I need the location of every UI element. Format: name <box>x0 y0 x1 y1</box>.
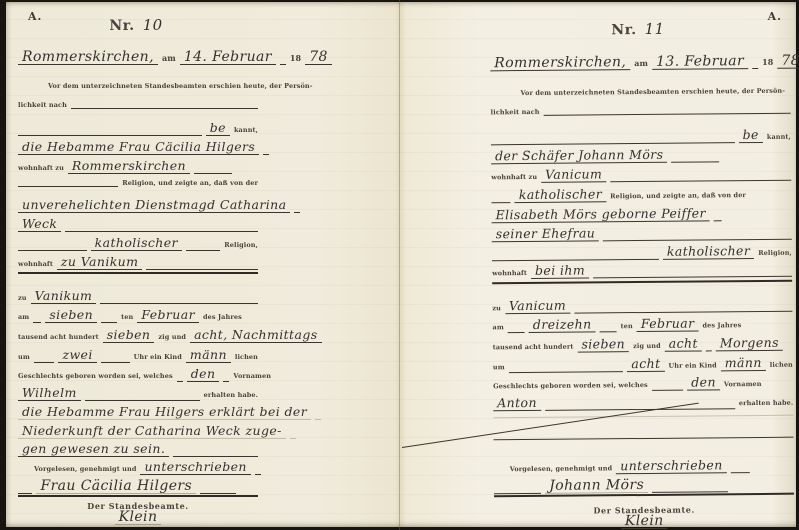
handwritten-entry: gen gewesen zu sein. <box>18 443 169 457</box>
printed-form-text: zu <box>492 304 501 312</box>
printed-form-text: zu <box>18 294 27 302</box>
form-line: Religion, und zeigte an, daß von der <box>18 179 258 187</box>
handwritten-entry: Johann Mörs <box>545 478 648 494</box>
form-line: Johann Mörs <box>494 477 794 495</box>
register-page-left: A. Nr.10Rommerskirchen,am14. Februar1878… <box>6 0 400 530</box>
printed-form-text: kannt, <box>767 133 791 141</box>
blank-underline <box>18 122 202 136</box>
handwritten-entry: Weck <box>18 218 61 232</box>
handwritten-entry: 78 <box>777 54 799 69</box>
blank-underline <box>18 179 118 187</box>
form-line: umzweiUhr ein Kindmännlichen <box>18 349 258 363</box>
form-line: Vorgelesen, genehmigt undunterschrieben <box>18 461 258 475</box>
handwritten-entry: katholischer <box>91 237 182 251</box>
form-line: Klein <box>18 510 258 525</box>
printed-form-text: Uhr ein Kind <box>134 353 182 361</box>
printed-form-text: Vorgelesen, genehmigt und <box>34 465 136 473</box>
blank-underline <box>294 199 300 213</box>
printed-form-text: Nr. <box>611 22 636 38</box>
printed-form-text: kannt, <box>234 126 258 134</box>
printed-form-text: Geschlechts geboren worden sei, welches <box>493 381 648 390</box>
printed-form-text: 18 <box>762 57 773 67</box>
form-line: Wilhelmerhalten habe. <box>18 387 258 401</box>
handwritten-entry: den <box>687 376 720 390</box>
blank-underline <box>493 415 793 419</box>
printed-form-text: erhalten habe. <box>204 391 258 399</box>
printed-form-text: des Jahres <box>702 321 741 329</box>
blank-underline <box>603 226 792 241</box>
blank-underline <box>706 337 712 351</box>
printed-form-text: zig und <box>158 333 186 341</box>
blank-underline <box>494 479 541 494</box>
form-line: wohnhaftzu Vanikum <box>18 256 258 270</box>
handwritten-entry: Niederkunft der Catharina Weck zuge- <box>18 425 286 439</box>
handwritten-entry: unverehelichten Dienstmagd Catharina <box>18 199 290 213</box>
form-line: wohnhaft zuVanicum <box>491 167 791 183</box>
blank-underline <box>100 290 258 304</box>
handwritten-entry: 78 <box>305 50 332 65</box>
printed-form-text: lichen <box>235 353 258 361</box>
printed-form-text: tausend acht hundert <box>18 333 99 341</box>
blank-underline <box>255 461 261 475</box>
printed-form-text: Geschlechts geboren worden sei, welches <box>18 372 173 380</box>
handwritten-entry: acht <box>665 337 702 351</box>
handwritten-entry: unterschrieben <box>140 461 250 475</box>
printed-form-text: Nr. <box>109 18 134 34</box>
ruled-separator <box>18 495 258 497</box>
blank-underline <box>85 387 200 401</box>
handwritten-entry: dreizehn <box>529 318 596 332</box>
handwritten-entry: der Schäfer Johann Mörs <box>491 149 668 164</box>
blank-underline <box>544 106 791 116</box>
blank-underline <box>593 263 792 278</box>
handwritten-entry: sieben <box>45 309 97 323</box>
ruled-separator <box>492 280 792 285</box>
blank-underline <box>280 50 286 65</box>
handwritten-entry: Anton <box>493 397 541 411</box>
form-line: Rommerskirchen,am13. Februar1878 <box>490 54 790 72</box>
handwritten-entry: männ <box>721 357 766 371</box>
blank-underline <box>65 218 258 232</box>
blank-underline <box>652 377 684 391</box>
form-line: umachtUhr ein Kindmännlichen <box>493 357 793 373</box>
form-line: wohnhaftbei ihm <box>492 263 792 279</box>
form-line: lichkeit nach <box>491 106 791 117</box>
form-line: Frau Cäcilia Hilgers <box>18 479 258 494</box>
blank-underline <box>200 479 236 494</box>
form-line: Vorgelesen, genehmigt undunterschrieben <box>494 459 794 475</box>
printed-form-text: am <box>162 53 176 63</box>
scanned-register-spread: A. Nr.10Rommerskirchen,am14. Februar1878… <box>0 0 799 530</box>
blank-underline <box>652 477 728 493</box>
printed-form-text: Religion, und zeigte an, daß von der <box>122 179 258 187</box>
printed-form-text: lichkeit nach <box>491 108 540 116</box>
form-line: amdreizehntenFebruardes Jahres <box>492 317 792 333</box>
blank-underline <box>610 167 791 182</box>
form-line: Nr.10 <box>18 18 258 34</box>
blank-underline <box>494 437 794 441</box>
handwritten-entry: be <box>206 122 230 136</box>
printed-form-text: Vornamen <box>724 380 762 388</box>
handwritten-entry: acht, Nachmittags <box>190 329 321 343</box>
printed-form-text: am <box>18 313 29 321</box>
blank-underline <box>177 368 183 382</box>
handwritten-entry: 14. Februar <box>180 50 276 65</box>
form-lines: Nr.11Rommerskirchen,am13. Februar1878Vor… <box>490 0 795 530</box>
printed-form-text: wohnhaft <box>492 269 527 277</box>
blank-underline <box>18 479 32 494</box>
handwritten-entry: 13. Februar <box>652 54 748 70</box>
printed-form-text: Uhr ein Kind <box>668 361 716 369</box>
handwritten-entry: acht <box>627 358 664 372</box>
handwritten-entry: Klein <box>621 514 668 529</box>
handwritten-entry: Rommerskirchen <box>68 160 190 174</box>
blank-underline <box>509 358 624 373</box>
form-line: lichkeit nach <box>18 101 258 109</box>
blank-underline <box>671 148 719 162</box>
handwritten-entry: Rommerskirchen, <box>490 55 630 71</box>
blank-underline <box>223 368 229 382</box>
handwritten-entry: Februar <box>637 318 699 332</box>
handwritten-entry: die Hebamme Frau Hilgers erklärt bei der <box>18 406 311 420</box>
blank-underline <box>600 318 617 332</box>
form-line: zuVanikum <box>18 290 258 304</box>
printed-form-text: um <box>18 353 30 361</box>
form-line: die Hebamme Frau Hilgers erklärt bei der <box>18 406 258 420</box>
form-line: Niederkunft der Catharina Weck zuge- <box>18 425 258 439</box>
printed-form-text: Religion, und zeigte an, daß von der <box>610 191 746 200</box>
handwritten-entry: bei ihm <box>531 264 589 278</box>
handwritten-entry: Vanicum <box>541 168 606 182</box>
printed-form-text: lichkeit nach <box>18 101 67 109</box>
blank-underline <box>491 129 735 145</box>
printed-form-text: Religion, <box>224 241 258 249</box>
handwritten-entry: Wilhelm <box>18 387 81 401</box>
form-line: der Schäfer Johann Mörs <box>491 148 791 164</box>
form-line: bekannt, <box>18 122 258 136</box>
printed-form-text: tausend acht hundert <box>493 343 574 352</box>
printed-form-text: Vor dem unterzeichneten Standesbeamten e… <box>48 82 313 90</box>
printed-form-text: 18 <box>290 53 301 63</box>
form-line: unverehelichten Dienstmagd Catharina <box>18 199 258 213</box>
printed-form-text: Vornamen <box>233 372 271 380</box>
handwritten-entry: katholischer <box>663 245 754 259</box>
handwritten-entry: männ <box>186 349 231 363</box>
handwritten-entry: 11 <box>641 22 669 38</box>
printed-form-text: um <box>493 363 505 371</box>
form-line: amsiebentenFebruardes Jahres <box>18 309 258 323</box>
form-line <box>494 437 794 441</box>
printed-form-text: erhalten habe. <box>739 399 793 407</box>
handwritten-entry: Morgens <box>716 337 783 351</box>
form-line: Weck <box>18 218 258 232</box>
blank-underline <box>492 246 659 261</box>
blank-underline <box>194 160 232 174</box>
handwritten-entry: zwei <box>58 349 96 363</box>
handwritten-entry: Klein <box>115 510 162 525</box>
blank-underline <box>714 207 722 221</box>
blank-underline <box>731 459 750 473</box>
handwritten-entry: die Hebamme Frau Cäcilia Hilgers <box>18 141 259 155</box>
form-line: Antonerhalten habe. <box>493 395 793 411</box>
blank-underline <box>71 101 258 109</box>
form-line: Klein <box>494 513 794 530</box>
register-page-right: A. Nr.11Rommerskirchen,am13. Februar1878… <box>400 0 796 530</box>
form-line: Vor dem unterzeichneten Standesbeamten e… <box>18 82 258 90</box>
handwritten-entry: Rommerskirchen, <box>18 50 158 65</box>
handwritten-entry: zu Vanikum <box>57 256 142 270</box>
form-line: die Hebamme Frau Cäcilia Hilgers <box>18 141 258 155</box>
printed-form-text: wohnhaft <box>18 260 53 268</box>
handwritten-entry: sieben <box>103 329 155 343</box>
handwritten-entry: Vanikum <box>31 290 97 304</box>
handwritten-entry: be <box>739 129 763 143</box>
form-line: tausend acht hundertsiebenzig undacht, N… <box>18 329 258 343</box>
form-line: zuVanicum <box>492 298 792 314</box>
blank-underline <box>173 443 258 457</box>
form-line: wohnhaft zuRommerskirchen <box>18 160 258 174</box>
blank-underline <box>33 309 41 323</box>
printed-form-text: zig und <box>633 342 661 350</box>
blank-underline <box>263 141 269 155</box>
form-line <box>493 415 793 419</box>
blank-underline <box>18 237 87 251</box>
handwritten-entry: sieben <box>577 338 629 352</box>
printed-form-text: ten <box>621 322 633 330</box>
blank-underline <box>545 395 735 410</box>
printed-form-text: des Jahres <box>203 313 242 321</box>
blank-underline <box>146 256 258 270</box>
handwritten-entry: 10 <box>139 18 167 34</box>
form-line: katholischerReligion, und zeigte an, daß… <box>491 187 791 203</box>
blank-underline <box>491 189 511 203</box>
printed-form-text: wohnhaft zu <box>18 164 64 172</box>
printed-form-text: am <box>634 58 648 68</box>
form-lines: Nr.10Rommerskirchen,am14. Februar1878Vor… <box>18 0 258 530</box>
handwritten-entry: katholischer <box>515 188 606 202</box>
printed-form-text: Vorgelesen, genehmigt und <box>510 464 613 473</box>
handwritten-entry: Vanicum <box>505 300 570 314</box>
printed-form-text: ten <box>121 313 133 321</box>
blank-underline <box>101 349 130 363</box>
blank-underline <box>290 425 296 439</box>
handwritten-entry: den <box>187 368 220 382</box>
blank-underline <box>315 406 321 420</box>
blank-underline <box>752 54 758 69</box>
printed-form-text: Religion, <box>758 249 792 257</box>
blank-underline <box>508 319 525 333</box>
form-line: Geschlechts geboren worden sei, welchesd… <box>18 368 258 382</box>
form-line: katholischerReligion, <box>18 237 258 251</box>
form-line: gen gewesen zu sein. <box>18 443 258 457</box>
handwritten-entry: Februar <box>137 309 199 323</box>
form-line: katholischerReligion, <box>492 245 792 261</box>
handwritten-entry: Frau Cäcilia Hilgers <box>36 479 196 494</box>
form-line: tausend acht hundertsiebenzig undachtMor… <box>493 337 793 353</box>
form-line: Rommerskirchen,am14. Februar1878 <box>18 50 258 65</box>
blank-underline <box>574 298 792 313</box>
handwritten-entry: seiner Ehefrau <box>492 227 600 241</box>
handwritten-entry: unterschrieben <box>616 459 727 473</box>
blank-underline <box>186 237 220 251</box>
printed-form-text: am <box>493 323 504 331</box>
form-line: seiner Ehefrau <box>492 226 792 242</box>
form-line: Geschlechts geboren worden sei, welchesd… <box>493 376 793 392</box>
printed-form-text: Vor dem unterzeichneten Standesbeamten e… <box>520 87 785 97</box>
ruled-separator <box>18 272 258 274</box>
printed-form-text: lichen <box>770 361 793 369</box>
form-line: Elisabeth Mörs geborne Peiffer <box>492 207 792 223</box>
blank-underline <box>34 349 55 363</box>
handwritten-entry: Elisabeth Mörs geborne Peiffer <box>492 207 710 222</box>
form-line: bekannt, <box>491 129 791 145</box>
form-line: Vor dem unterzeichneten Standesbeamten e… <box>490 87 790 98</box>
blank-underline <box>101 309 117 323</box>
printed-form-text: wohnhaft zu <box>491 173 537 181</box>
form-line: Nr.11 <box>490 21 790 40</box>
